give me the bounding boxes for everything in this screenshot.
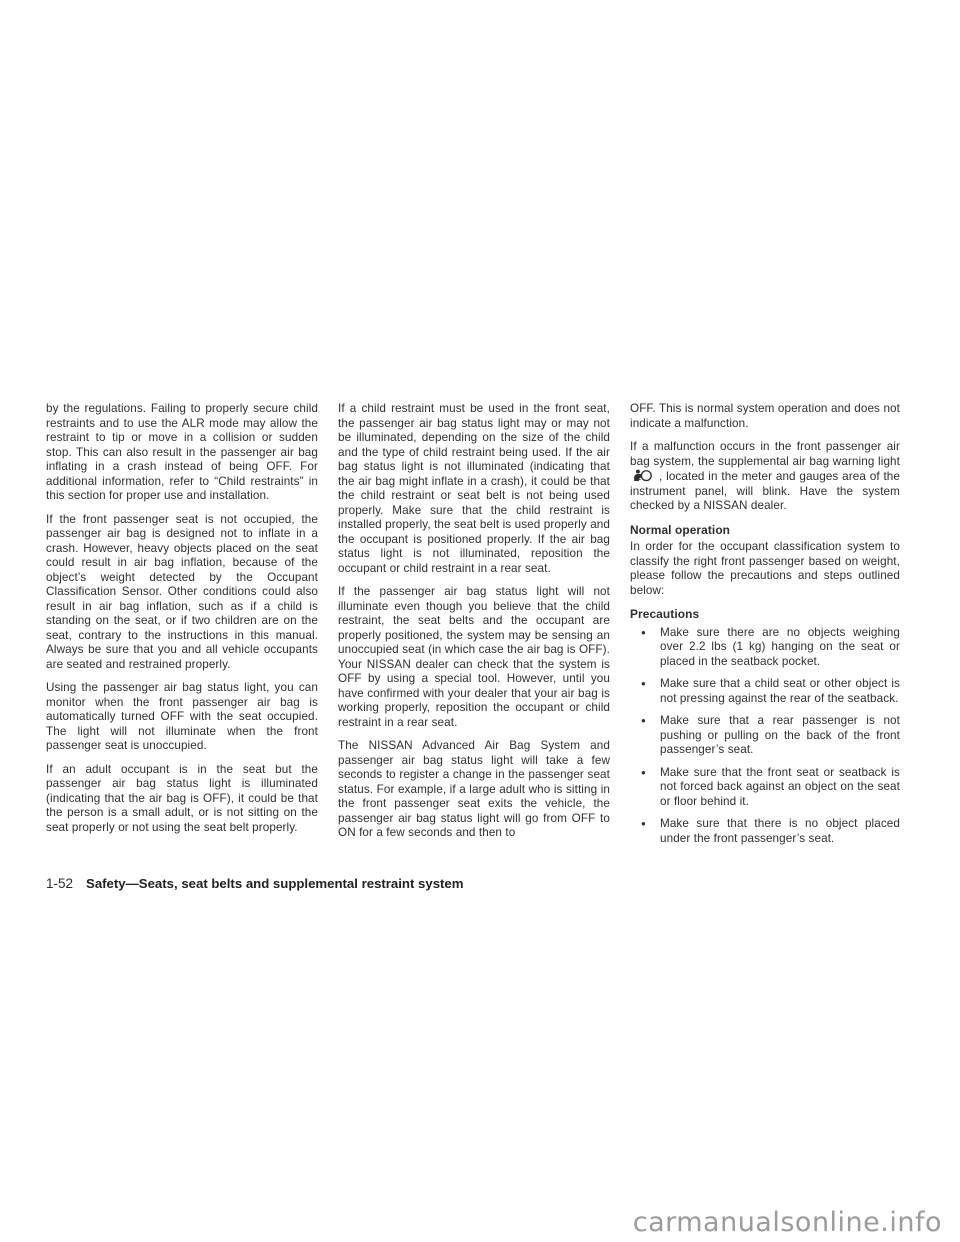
heading-normal-operation: Normal operation bbox=[630, 523, 900, 538]
paragraph: by the regulations. Failing to properly … bbox=[46, 402, 318, 504]
paragraph: If the passenger air bag status light wi… bbox=[338, 585, 610, 730]
paragraph: If a child restraint must be used in the… bbox=[338, 402, 610, 576]
heading-precautions: Precautions bbox=[630, 607, 900, 622]
page-footer: 1-52 Safety—Seats, seat belts and supple… bbox=[46, 876, 464, 891]
paragraph: OFF. This is normal system operation and… bbox=[630, 402, 900, 431]
list-item: Make sure there are no objects weighing … bbox=[630, 626, 900, 670]
airbag-warning-light-icon bbox=[633, 469, 652, 482]
list-item: Make sure that a rear passenger is not p… bbox=[630, 714, 900, 758]
text-column-2: If a child restraint must be used in the… bbox=[338, 402, 610, 854]
text-column-1: by the regulations. Failing to properly … bbox=[46, 402, 318, 854]
page-columns: by the regulations. Failing to properly … bbox=[46, 402, 900, 854]
paragraph: In order for the occupant classification… bbox=[630, 540, 900, 598]
paragraph: Using the passenger air bag status light… bbox=[46, 681, 318, 754]
list-item: Make sure that there is no object placed… bbox=[630, 817, 900, 846]
text-column-3: OFF. This is normal system operation and… bbox=[630, 402, 900, 854]
list-item: Make sure that the front seat or seatbac… bbox=[630, 766, 900, 810]
paragraph: If an adult occupant is in the seat but … bbox=[46, 763, 318, 836]
footer-section-title: Safety—Seats, seat belts and supplementa… bbox=[86, 876, 463, 891]
paragraph-text: If a malfunction occurs in the front pas… bbox=[630, 440, 900, 468]
paragraph: The NISSAN Advanced Air Bag System and p… bbox=[338, 739, 610, 841]
paragraph: If the front passenger seat is not occup… bbox=[46, 513, 318, 673]
manual-page: by the regulations. Failing to properly … bbox=[0, 0, 960, 1242]
watermark-text: carmanualsonline.info bbox=[633, 1207, 942, 1238]
paragraph-with-icon: If a malfunction occurs in the front pas… bbox=[630, 440, 900, 514]
paragraph-text: , located in the meter and gauges area o… bbox=[630, 470, 900, 512]
list-item: Make sure that a child seat or other obj… bbox=[630, 677, 900, 706]
page-number: 1-52 bbox=[46, 876, 73, 891]
precautions-list: Make sure there are no objects weighing … bbox=[630, 626, 900, 847]
